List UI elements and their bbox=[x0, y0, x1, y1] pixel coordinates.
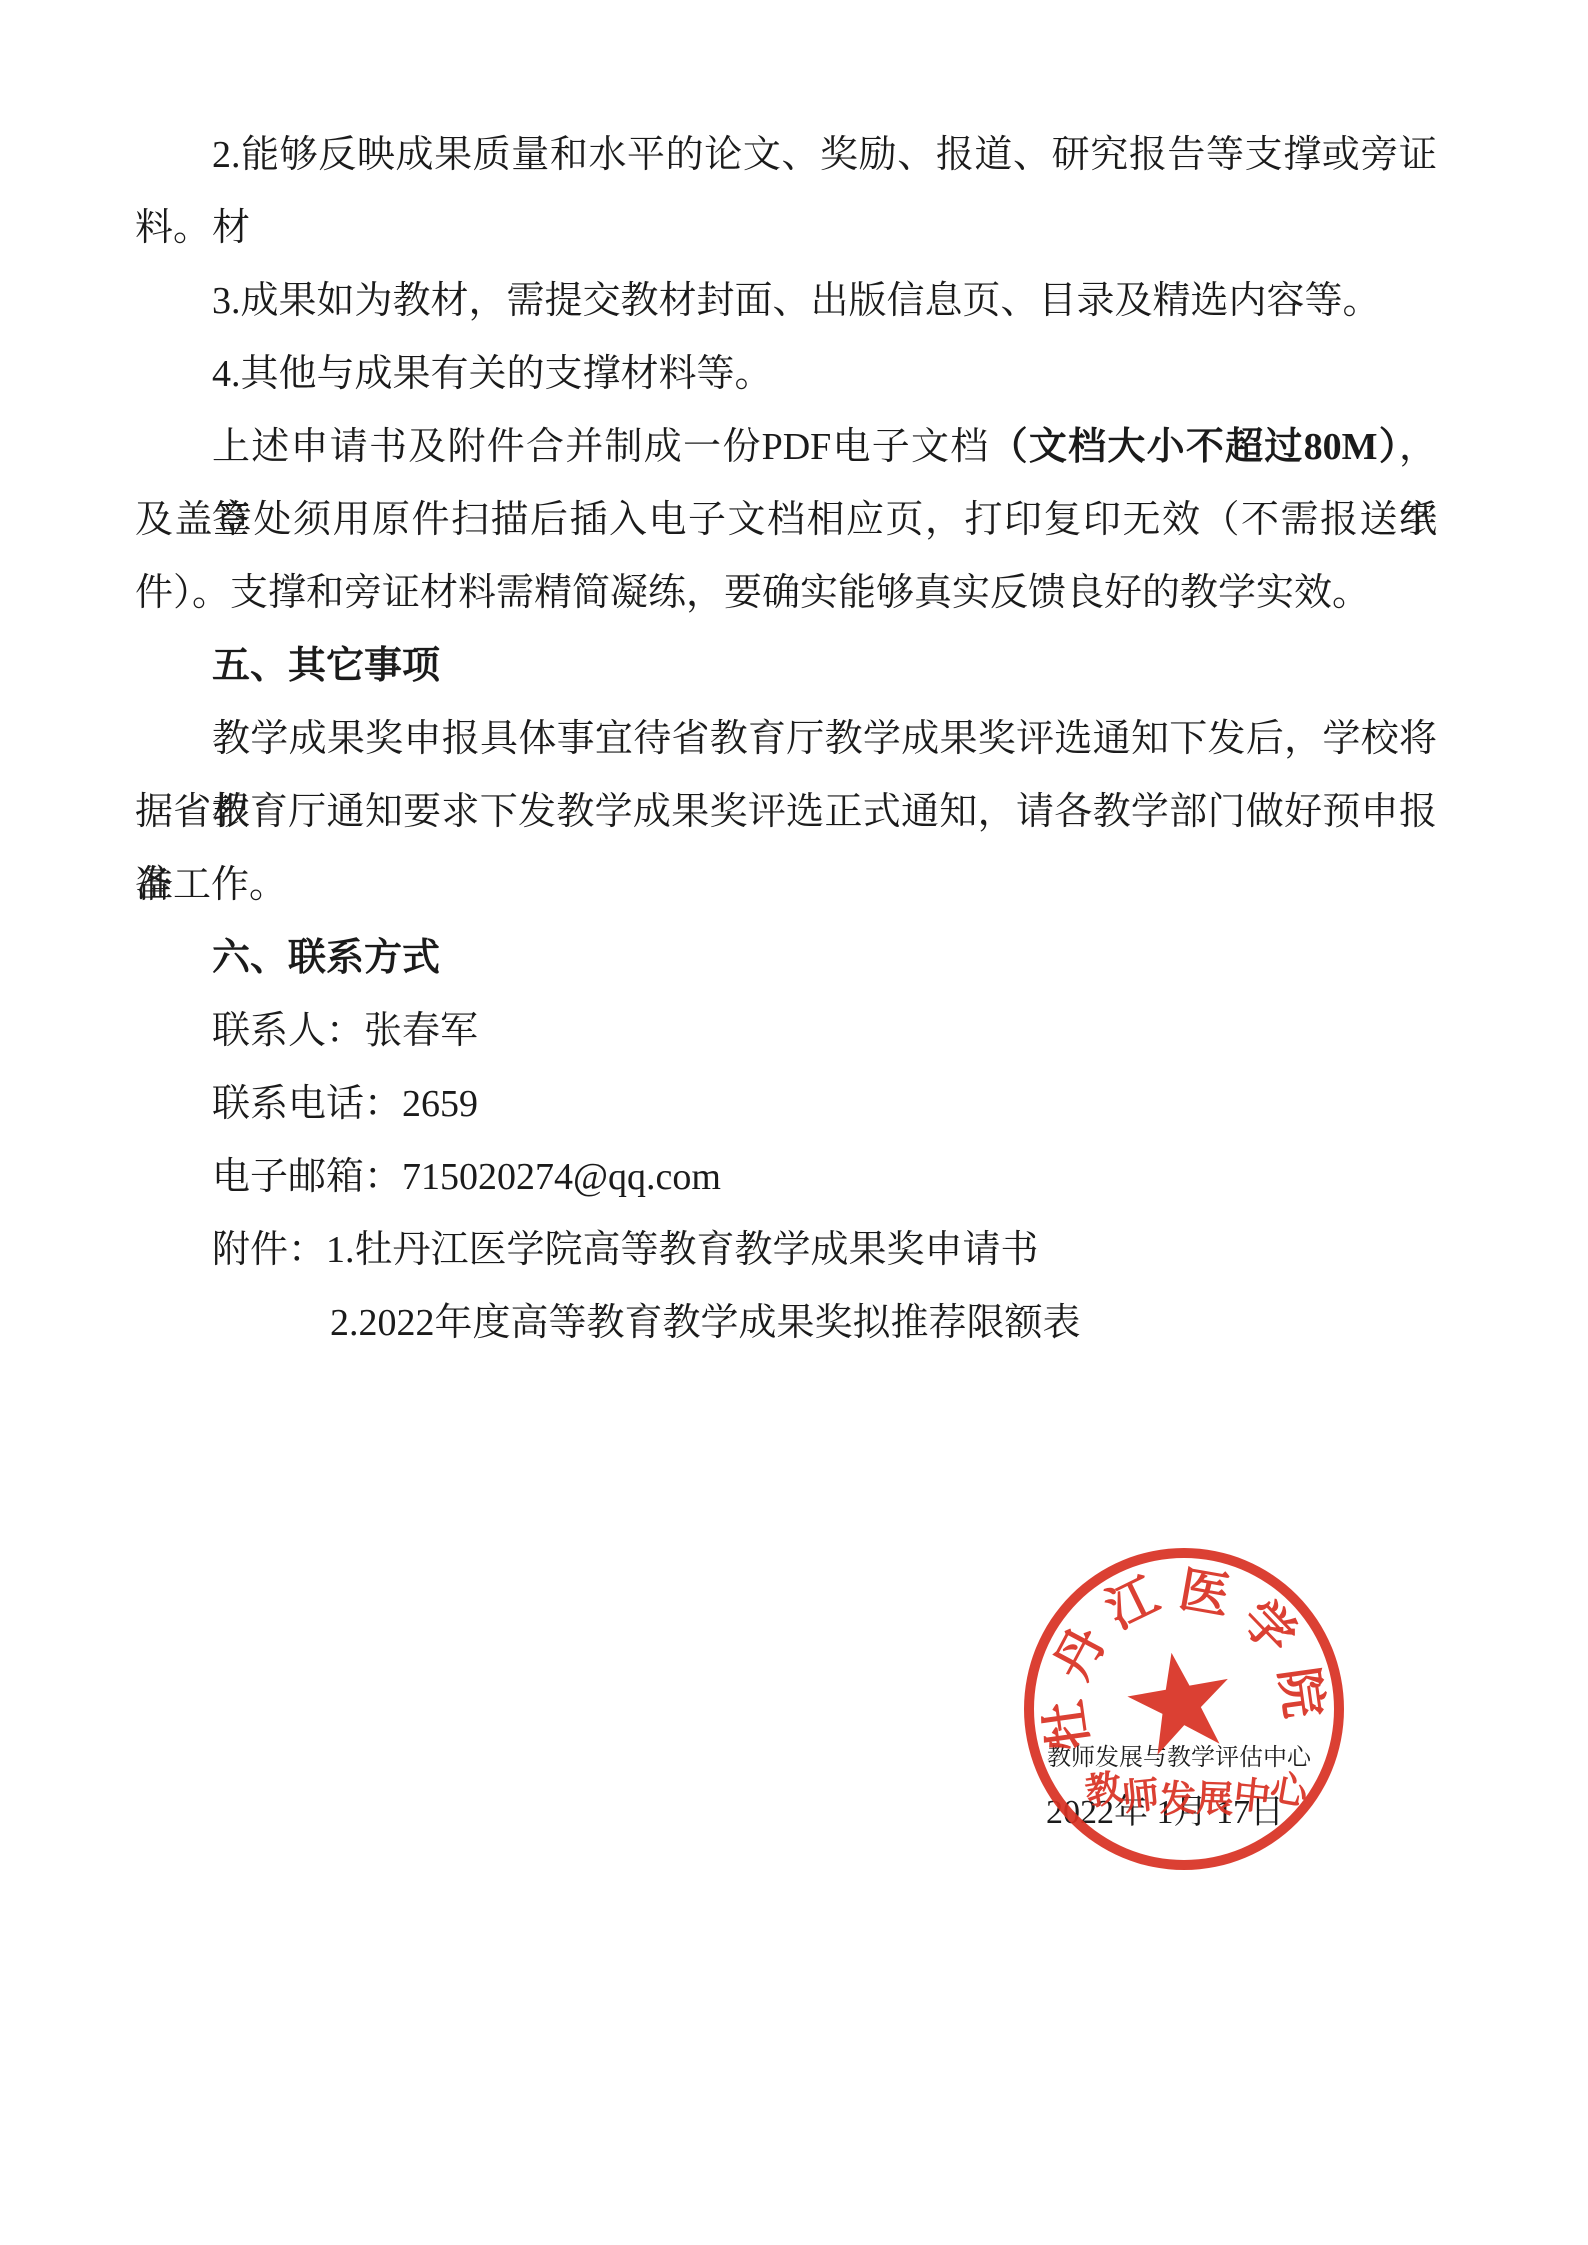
text-run-bold: （文档大小不超过80M） bbox=[990, 426, 1399, 468]
seal-arc-char: 院 bbox=[1273, 1664, 1329, 1720]
section-heading-contact: 六、联系方式 bbox=[135, 922, 1437, 995]
body-line: 2.能够反映成果质量和水平的论文、奖励、报道、研究报告等支撑或旁证材 bbox=[135, 119, 1437, 192]
body-line: 及盖章处须用原件扫描后插入电子文档相应页，打印复印无效（不需报送纸 bbox=[135, 484, 1437, 557]
seal-arc-char: 牡 bbox=[1039, 1697, 1095, 1753]
seal-inner-char: 中 bbox=[1232, 1777, 1273, 1818]
document-page: 2.能够反映成果质量和水平的论文、奖励、报道、研究报告等支撑或旁证材 料。 3.… bbox=[0, 0, 1588, 2245]
seal-inner-char: 教 bbox=[1083, 1770, 1126, 1813]
seal-inner-char: 展 bbox=[1196, 1781, 1234, 1819]
contact-phone-line: 联系电话：2659 bbox=[135, 1068, 1437, 1141]
seal-inner-char: 师 bbox=[1121, 1777, 1162, 1818]
seal-inner-char: 心 bbox=[1268, 1770, 1311, 1813]
body-line: 4.其他与成果有关的支撑材料等。 bbox=[135, 338, 1437, 411]
body-line: 据省教育厅通知要求下发教学成果奖评选正式通知，请各教学部门做好预申报准 bbox=[135, 776, 1437, 849]
official-seal: 牡 丹 江 医 学 院 教 师 发 展 中 心 bbox=[1024, 1548, 1344, 1870]
body-line: 件）。支撑和旁证材料需精简凝练，要确实能够真实反馈良好的教学实效。 bbox=[135, 557, 1437, 630]
seal-inner-char: 发 bbox=[1159, 1781, 1197, 1819]
contact-person-line: 联系人：张春军 bbox=[135, 995, 1437, 1068]
text-run: 上述申请书及附件合并制成一份PDF电子文档 bbox=[212, 426, 990, 468]
attachment-line-1: 附件：1.牡丹江医学院高等教育教学成果奖申请书 bbox=[135, 1214, 1437, 1287]
body-line: 备工作。 bbox=[135, 849, 1437, 922]
body-line: 教学成果奖申报具体事宜待省教育厅教学成果奖评选通知下发后，学校将根 bbox=[135, 703, 1437, 776]
body-line: 3.成果如为教材，需提交教材封面、出版信息页、目录及精选内容等。 bbox=[135, 265, 1437, 338]
attachment-line-2: 2.2022年度高等教育教学成果奖拟推荐限额表 bbox=[135, 1287, 1437, 1360]
section-heading-other-matters: 五、其它事项 bbox=[135, 630, 1437, 703]
body-line-pdf-requirement: 上述申请书及附件合并制成一份PDF电子文档（文档大小不超过80M），签字 bbox=[135, 411, 1437, 484]
body-line: 料。 bbox=[135, 192, 1437, 265]
contact-email-line: 电子邮箱：715020274@qq.com bbox=[135, 1141, 1437, 1214]
seal-arc-char: 医 bbox=[1176, 1564, 1234, 1622]
document-body: 2.能够反映成果质量和水平的论文、奖励、报道、研究报告等支撑或旁证材 料。 3.… bbox=[135, 119, 1437, 1360]
